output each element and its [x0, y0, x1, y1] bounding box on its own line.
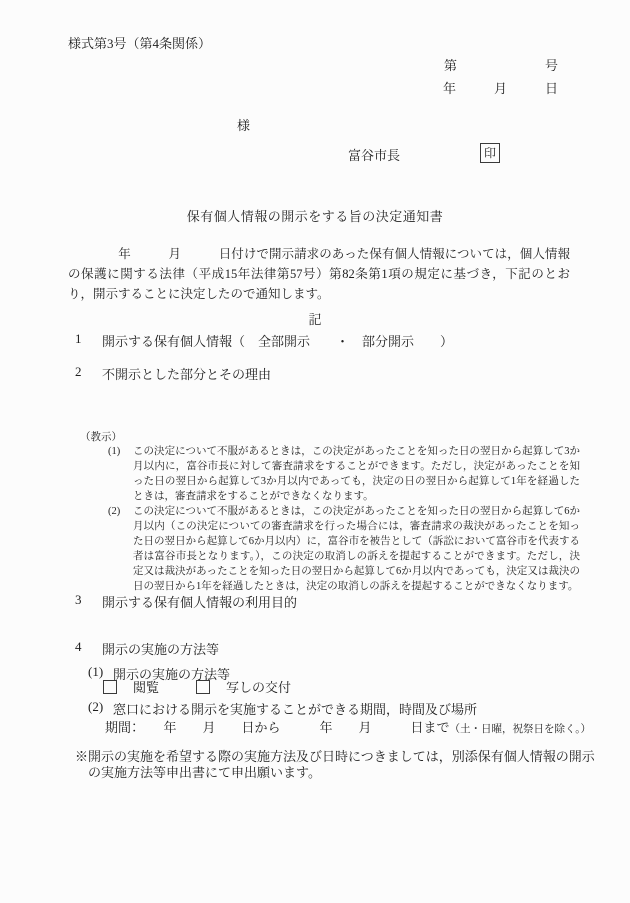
sub-item-4-2-number: (2) — [88, 699, 113, 718]
seal-stamp: 印 — [480, 143, 500, 163]
item-4-implementation-method: 4 開示の実施の方法等 — [75, 639, 219, 658]
item-3-number: 3 — [75, 592, 102, 611]
footnote: ※開示の実施を希望する際の実施方法及び日時につきましては，別添保有個人情報の開示… — [75, 749, 580, 781]
item-2-text: 不開示とした部分とその理由 — [102, 364, 271, 383]
kyoji-item-2: (2) この決定について不服があるときは，この決定があったことを知った日の翌日か… — [108, 504, 580, 594]
checkbox-copy-delivery-label: 写しの交付 — [226, 677, 291, 696]
date-line: 年 月 日 — [443, 78, 558, 97]
item-1-disclosed-information: 1 開示する保有個人情報（ 全部開示 ・ 部分開示 ） — [75, 331, 453, 350]
kyoji-item-1-number: (1) — [108, 444, 133, 504]
addressee-honorific: 様 — [237, 115, 250, 134]
sub-item-4-2-window: (2) 窓口における開示を実施することができる期間，時間及び場所 — [88, 699, 477, 718]
period-line: 期間： 年 月 日から 年 月 日まで（土・日曜，祝祭日を除く。） — [105, 717, 591, 736]
document-title: 保有個人情報の開示をする旨の決定通知書 — [0, 206, 630, 225]
date-month-label: 月 — [494, 78, 507, 97]
document-number-prefix: 第 — [444, 55, 457, 74]
footnote-line-1: ※開示の実施を希望する際の実施方法及び日時につきましては，別添保有個人情報の開示 — [75, 749, 580, 765]
checkbox-inspection[interactable] — [103, 680, 117, 694]
kyoji-item-2-number: (2) — [108, 504, 133, 594]
issuer-name: 富谷市長 — [348, 145, 400, 164]
item-3-purpose-of-use: 3 開示する保有個人情報の利用目的 — [75, 592, 297, 611]
date-day-label: 日 — [545, 78, 558, 97]
record-marker: 記 — [0, 309, 630, 328]
kyoji-item-2-text: この決定について不服があるときは，この決定があったことを知った日の翌日から起算し… — [133, 504, 580, 594]
document-number-suffix: 号 — [545, 55, 558, 74]
form-number: 様式第3号（第4条関係） — [68, 33, 211, 52]
item-4-number: 4 — [75, 639, 102, 658]
seal-character: 印 — [484, 147, 496, 159]
intro-paragraph: 年 月 日付けで開示請求のあった保有個人情報については，個人情報の保護に関する法… — [68, 244, 570, 304]
period-main: 期間： 年 月 日から 年 月 日まで — [105, 720, 450, 735]
item-2-number: 2 — [75, 364, 102, 383]
date-year-label: 年 — [443, 78, 456, 97]
item-2-nondisclosed-parts: 2 不開示とした部分とその理由 — [75, 364, 271, 383]
item-3-text: 開示する保有個人情報の利用目的 — [102, 592, 297, 611]
footnote-line-2: の実施方法等申出書にて申出願います。 — [75, 765, 580, 781]
method-checkbox-row: 閲覧 写しの交付 — [103, 678, 291, 695]
document-number-line: 第 号 — [444, 55, 558, 74]
checkbox-inspection-label: 閲覧 — [133, 677, 159, 696]
item-1-number: 1 — [75, 331, 102, 350]
kyoji-item-1-text: この決定について不服があるときは，この決定があったことを知った日の翌日から起算し… — [133, 444, 580, 504]
sub-item-4-2-text: 窓口における開示を実施することができる期間，時間及び場所 — [113, 699, 477, 718]
kyoji-heading: （教示） — [80, 429, 122, 444]
document-page: 様式第3号（第4条関係） 第 号 年 月 日 様 富谷市長 印 保有個人情報の開… — [0, 0, 630, 903]
item-4-text: 開示の実施の方法等 — [102, 639, 219, 658]
item-1-text: 開示する保有個人情報（ 全部開示 ・ 部分開示 ） — [102, 331, 453, 350]
checkbox-copy-delivery[interactable] — [196, 680, 210, 694]
period-paren-note: （土・日曜，祝祭日を除く。） — [450, 724, 592, 735]
kyoji-item-1: (1) この決定について不服があるときは，この決定があったことを知った日の翌日か… — [108, 444, 580, 504]
